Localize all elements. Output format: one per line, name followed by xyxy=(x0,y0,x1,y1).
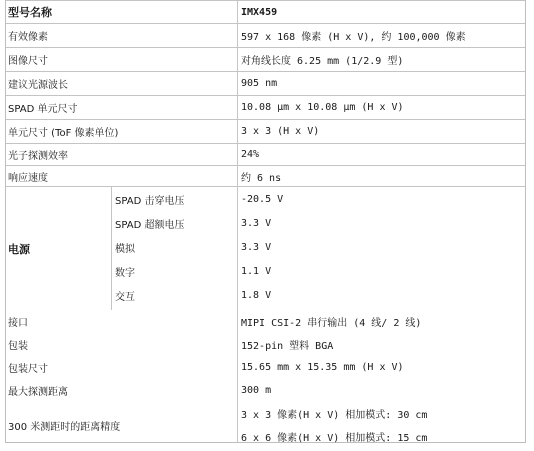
power-item-value: -20.5 V xyxy=(238,187,525,211)
row-label: 有效像素 xyxy=(6,24,237,47)
power-values: -20.5 V 3.3 V 3.3 V 1.1 V 1.8 V xyxy=(237,187,525,310)
table-row: 响应速度 约 6 ns xyxy=(6,166,525,187)
table-row: 图像尺寸 对角线长度 6.25 mm (1/2.9 型) xyxy=(6,48,525,72)
table-row-model: 型号名称 IMX459 xyxy=(6,0,525,24)
accuracy-value: 3 x 3 像素(H x V) 相加模式: 30 cm xyxy=(238,402,525,425)
bottom-labels: 接口 包装 包装尺寸 最大探测距离 300 米测距时的距离精度 xyxy=(6,310,237,442)
table-row: 单元尺寸 (ToF 像素单位) 3 x 3 (H x V) xyxy=(6,120,525,144)
row-value: 10.08 μm x 10.08 μm (H x V) xyxy=(237,96,525,119)
model-label: 型号名称 xyxy=(6,1,237,23)
power-item-label: 交互 xyxy=(112,283,237,307)
row-value: 152-pin 塑料 BGA xyxy=(238,333,525,356)
accuracy-label: 300 米测距时的距离精度 xyxy=(6,402,237,448)
row-label: 包装尺寸 xyxy=(6,356,237,379)
bottom-values: MIPI CSI-2 串行输出 (4 线/ 2 线) 152-pin 塑料 BG… xyxy=(237,310,525,442)
row-label: 光子探测效率 xyxy=(6,144,237,165)
table-row: 建议光源波长 905 nm xyxy=(6,72,525,96)
power-item-value: 3.3 V xyxy=(238,211,525,235)
row-label: 单元尺寸 (ToF 像素单位) xyxy=(6,120,237,143)
power-sub-labels: SPAD 击穿电压 SPAD 超额电压 模拟 数字 交互 xyxy=(111,187,237,310)
spec-table: 型号名称 IMX459 有效像素 597 x 168 像素 (H x V), 约… xyxy=(5,0,526,443)
row-value: 905 nm xyxy=(237,72,525,95)
row-value: 15.65 mm x 15.35 mm (H x V) xyxy=(238,356,525,379)
power-item-label: SPAD 超额电压 xyxy=(112,211,237,235)
row-label: 响应速度 xyxy=(6,166,237,186)
power-item-label: 模拟 xyxy=(112,235,237,259)
row-value: 300 m xyxy=(238,379,525,402)
power-item-label: 数字 xyxy=(112,259,237,283)
power-item-label: SPAD 击穿电压 xyxy=(112,187,237,211)
power-block: 电源 SPAD 击穿电压 SPAD 超额电压 模拟 数字 交互 -20.5 V … xyxy=(6,187,525,310)
table-row: SPAD 单元尺寸 10.08 μm x 10.08 μm (H x V) xyxy=(6,96,525,120)
power-item-value: 1.1 V xyxy=(238,259,525,283)
row-label: 包装 xyxy=(6,333,237,356)
row-value: 597 x 168 像素 (H x V), 约 100,000 像素 xyxy=(237,24,525,47)
row-label: 接口 xyxy=(6,310,237,333)
table-row: 光子探测效率 24% xyxy=(6,144,525,166)
row-value: 对角线长度 6.25 mm (1/2.9 型) xyxy=(237,48,525,71)
row-label: 建议光源波长 xyxy=(6,72,237,95)
table-row: 有效像素 597 x 168 像素 (H x V), 约 100,000 像素 xyxy=(6,24,525,48)
row-value: 约 6 ns xyxy=(237,166,525,186)
power-item-value: 1.8 V xyxy=(238,283,525,307)
accuracy-value: 6 x 6 像素(H x V) 相加模式: 15 cm xyxy=(238,425,525,448)
row-value: 3 x 3 (H x V) xyxy=(237,120,525,143)
model-value: IMX459 xyxy=(237,1,525,23)
row-value: MIPI CSI-2 串行输出 (4 线/ 2 线) xyxy=(238,310,525,333)
power-label: 电源 xyxy=(6,187,111,310)
row-value: 24% xyxy=(237,144,525,165)
row-label: 图像尺寸 xyxy=(6,48,237,71)
bottom-block: 接口 包装 包装尺寸 最大探测距离 300 米测距时的距离精度 MIPI CSI… xyxy=(6,310,525,442)
power-item-value: 3.3 V xyxy=(238,235,525,259)
row-label: SPAD 单元尺寸 xyxy=(6,96,237,119)
row-label: 最大探测距离 xyxy=(6,379,237,402)
